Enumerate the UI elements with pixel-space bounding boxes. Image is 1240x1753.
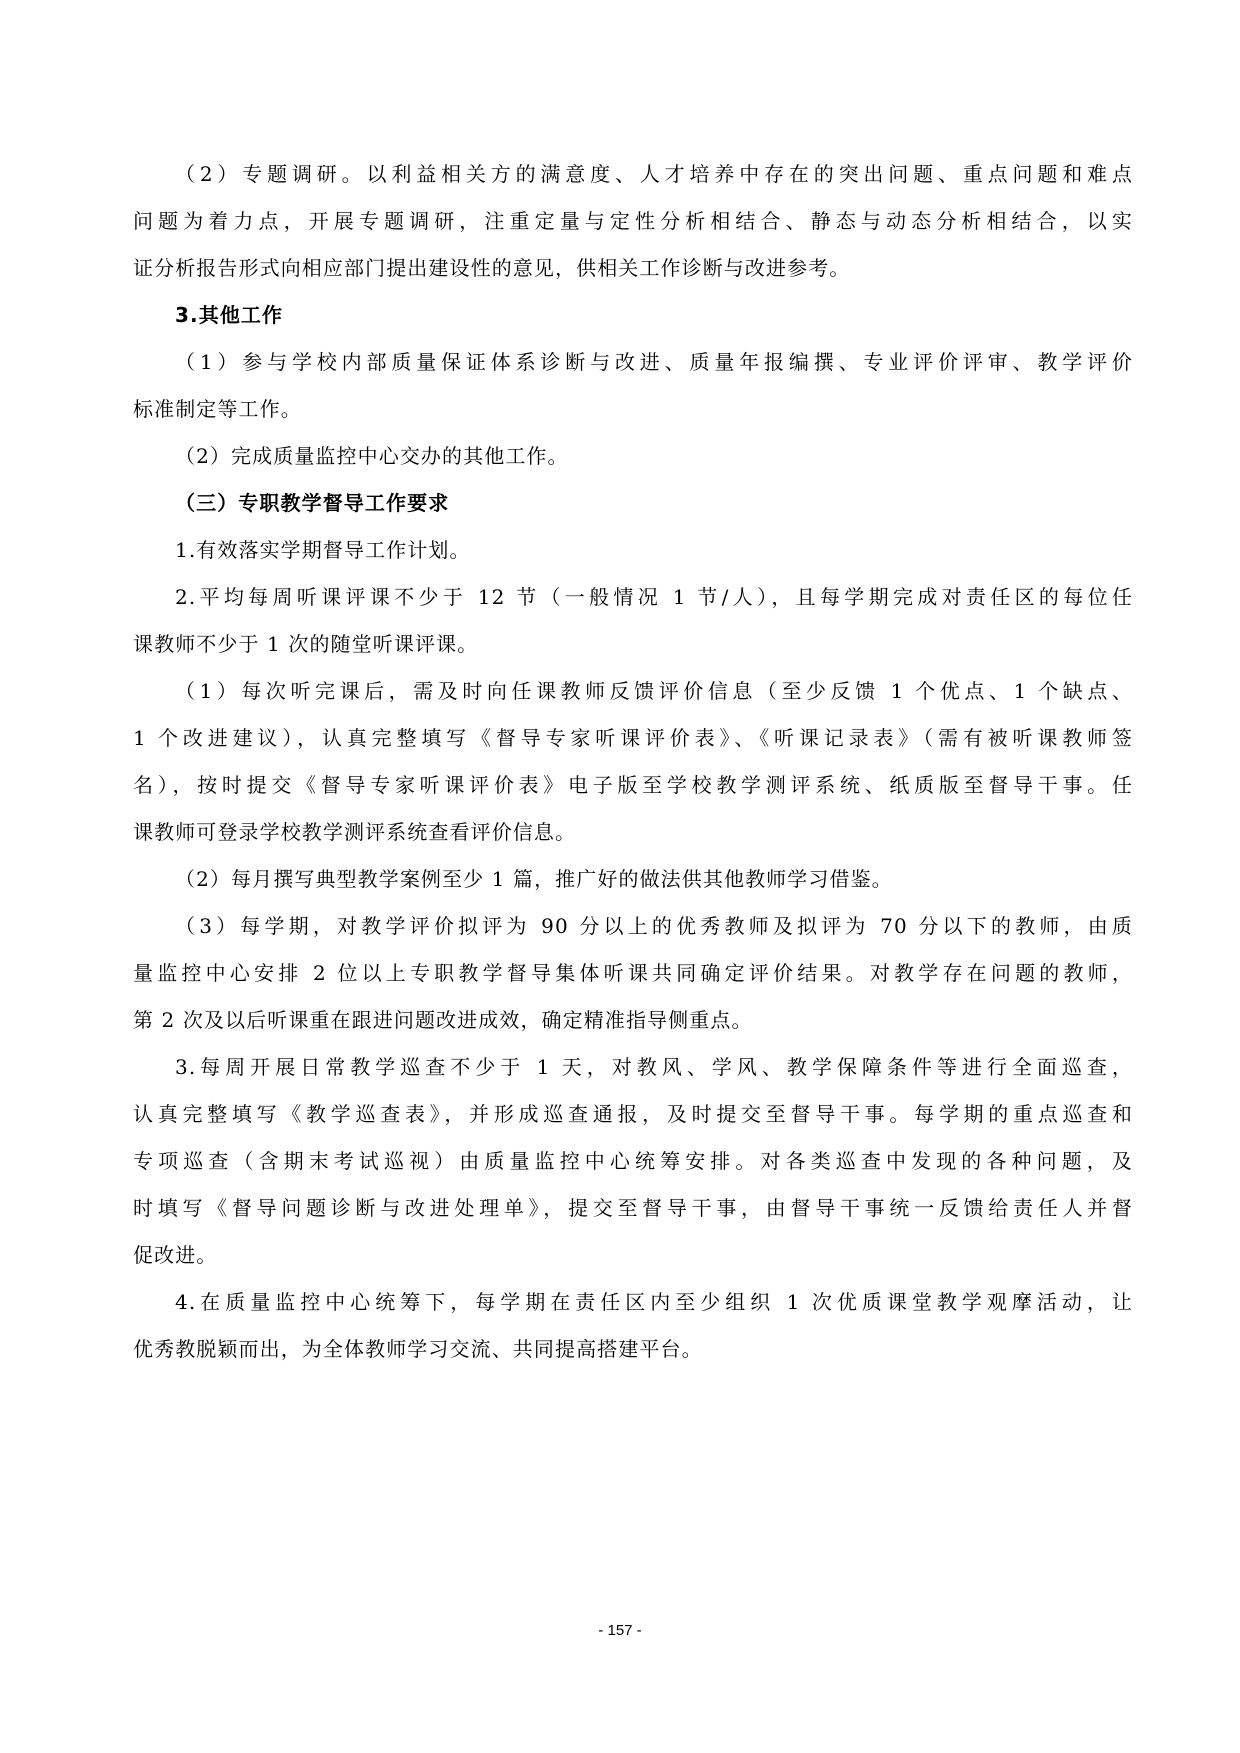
section-heading-other-work: 3.其他工作 xyxy=(133,292,1133,339)
paragraph-line: 课教师可登录学校教学测评系统查看评价信息。 xyxy=(133,809,1133,856)
paragraph-line: （2）完成质量监控中心交办的其他工作。 xyxy=(133,433,1133,480)
paragraph-line: 量监控中心安排 2 位以上专职教学督导集体听课共同确定评价结果。对教学存在问题的… xyxy=(133,950,1133,997)
paragraph-line: （2）专题调研。以利益相关方的满意度、人才培养中存在的突出问题、重点问题和难点 xyxy=(133,151,1133,198)
paragraph-line: 第 2 次及以后听课重在跟进问题改进成效，确定精准指导侧重点。 xyxy=(133,997,1133,1044)
paragraph-line: （1）每次听完课后，需及时向任课教师反馈评价信息（至少反馈 1 个优点、1 个缺… xyxy=(133,668,1133,715)
paragraph-line: （3）每学期，对教学评价拟评为 90 分以上的优秀教师及拟评为 70 分以下的教… xyxy=(133,903,1133,950)
paragraph-line: 2.平均每周听课评课不少于 12 节（一般情况 1 节/人），且每学期完成对责任… xyxy=(133,574,1133,621)
paragraph-line: 时填写《督导问题诊断与改进处理单》，提交至督导干事，由督导干事统一反馈给责任人并… xyxy=(133,1185,1133,1232)
paragraph-line: 优秀教脱颖而出，为全体教师学习交流、共同提高搭建平台。 xyxy=(133,1326,1133,1373)
paragraph-line: 促改进。 xyxy=(133,1232,1133,1279)
paragraph-line: 3.每周开展日常教学巡查不少于 1 天，对教风、学风、教学保障条件等进行全面巡查… xyxy=(133,1044,1133,1091)
paragraph-line: 证分析报告形式向相应部门提出建设性的意见，供相关工作诊断与改进参考。 xyxy=(133,245,1133,292)
paragraph-line: 1 个改进建议），认真完整填写《督导专家听课评价表》、《听课记录表》（需有被听课… xyxy=(133,715,1133,762)
paragraph-line: 认真完整填写《教学巡查表》，并形成巡查通报，及时提交至督导干事。每学期的重点巡查… xyxy=(133,1091,1133,1138)
paragraph-line: （1）参与学校内部质量保证体系诊断与改进、质量年报编撰、专业评价评审、教学评价 xyxy=(133,339,1133,386)
paragraph-line: 课教师不少于 1 次的随堂听课评课。 xyxy=(133,621,1133,668)
paragraph-line: 问题为着力点，开展专题调研，注重定量与定性分析相结合、静态与动态分析相结合，以实 xyxy=(133,198,1133,245)
page-number: - 157 - xyxy=(0,1622,1240,1639)
paragraph-line: 专项巡查（含期末考试巡视）由质量监控中心统筹安排。对各类巡查中发现的各种问题，及 xyxy=(133,1138,1133,1185)
document-body: （2）专题调研。以利益相关方的满意度、人才培养中存在的突出问题、重点问题和难点 … xyxy=(133,151,1133,1373)
paragraph-line: 名），按时提交《督导专家听课评价表》电子版至学校教学测评系统、纸质版至督导干事。… xyxy=(133,762,1133,809)
paragraph-line: 1.有效落实学期督导工作计划。 xyxy=(133,527,1133,574)
paragraph-line: （2）每月撰写典型教学案例至少 1 篇，推广好的做法供其他教师学习借鉴。 xyxy=(133,856,1133,903)
paragraph-line: 4.在质量监控中心统筹下，每学期在责任区内至少组织 1 次优质课堂教学观摩活动，… xyxy=(133,1279,1133,1326)
paragraph-line: 标准制定等工作。 xyxy=(133,386,1133,433)
section-heading-supervision-requirements: （三）专职教学督导工作要求 xyxy=(133,480,1133,527)
